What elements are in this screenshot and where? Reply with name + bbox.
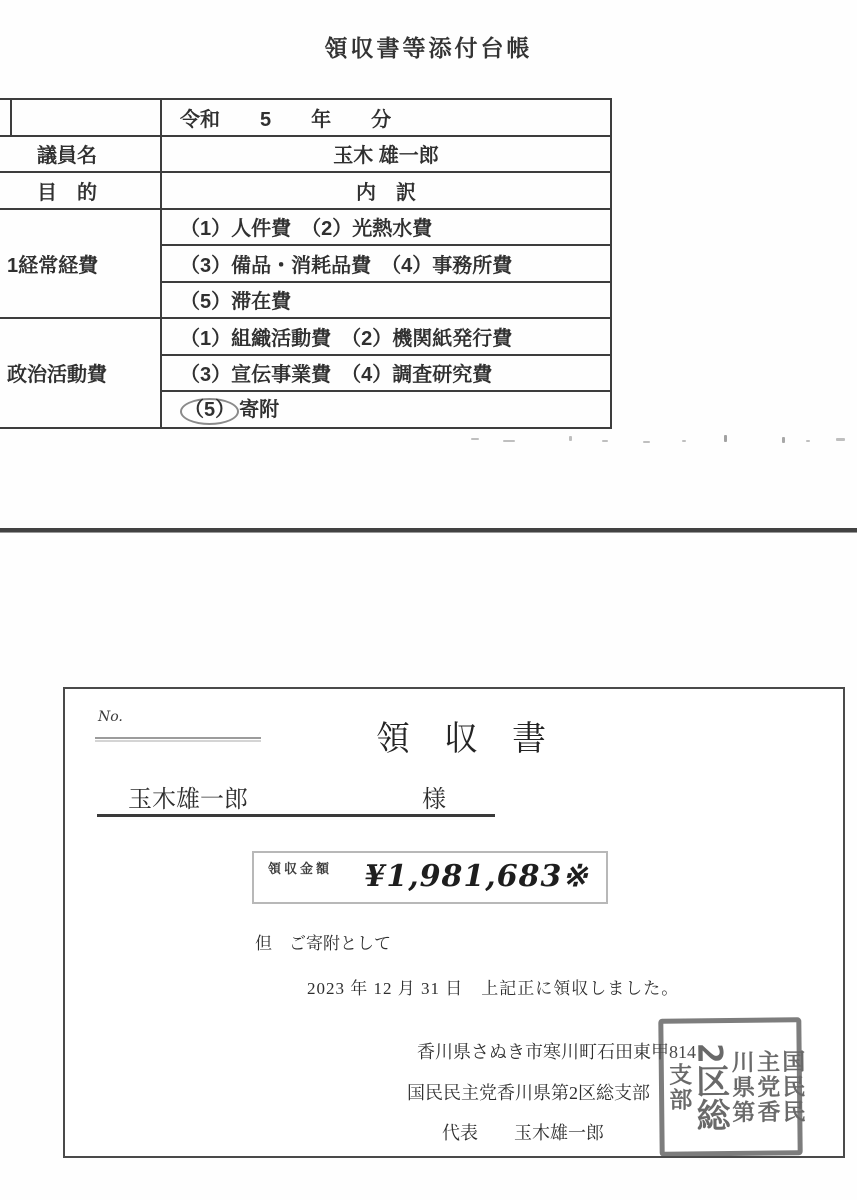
ordinary-expenses-label: 1経常経費 xyxy=(0,209,161,319)
political-item-3: （5）寄附 xyxy=(161,391,611,428)
organization-seal-stamp: 国民民 主党香 川県第 2区総 支部 xyxy=(658,1017,802,1156)
scan-speck xyxy=(724,435,727,442)
scan-speck xyxy=(643,441,650,443)
purpose-value: 内 訳 xyxy=(161,172,611,209)
issuer-organization: 国民民主党香川県第2区総支部 xyxy=(407,1079,650,1105)
member-label: 議員名 xyxy=(0,136,161,173)
amount-value: ¥1,981,683※ xyxy=(349,859,604,894)
political-activity-label: 政治活動費 xyxy=(0,318,161,428)
scan-speck xyxy=(569,436,572,441)
table-row: 目 的 内 訳 xyxy=(0,172,611,209)
receipt-title: 領 収 書 xyxy=(296,711,626,760)
seal-text-column: 国民民 xyxy=(778,1024,805,1148)
table-row: 1経常経費 （1）人件費 （2）光熱水費 xyxy=(0,209,611,246)
date-line: 2023 年 12 月 31 日 上記正に領収しました。 xyxy=(307,974,679,999)
year-row-empty-cell xyxy=(0,99,161,136)
issuer-representative: 代表 玉木雄一郎 xyxy=(442,1119,604,1145)
political-item-1: （1）組織活動費 （2）機関紙発行費 xyxy=(161,318,611,355)
scan-speck xyxy=(471,438,479,440)
year-value: 令和 5 年 分 xyxy=(161,99,611,136)
purpose-label: 目 的 xyxy=(0,172,161,209)
table-row: 政治活動費 （1）組織活動費 （2）機関紙発行費 xyxy=(0,318,611,355)
seal-text-column: 主党香 xyxy=(752,1025,779,1149)
scan-speck xyxy=(682,440,686,442)
ordinary-item-3: （5）滞在費 xyxy=(161,282,611,319)
political-item-2: （3）宣伝事業費 （4）調査研究費 xyxy=(161,355,611,392)
scan-speck xyxy=(503,440,515,442)
payer-underline xyxy=(97,814,495,817)
scan-speck xyxy=(806,440,810,442)
amount-box: 領収金額 ¥1,981,683※ xyxy=(252,851,608,904)
payer-name: 玉木雄一郎 xyxy=(128,779,248,814)
scan-divider-bar xyxy=(0,528,857,532)
table-edge-fragment xyxy=(10,98,12,135)
page-title: 領収書等添付台帳 xyxy=(0,30,857,63)
issuer-address: 香川県さぬき市寒川町石田東甲814 xyxy=(417,1038,696,1064)
ordinary-item-2: （3）備品・消耗品費 （4）事務所費 xyxy=(161,245,611,282)
member-name: 玉木 雄一郎 xyxy=(161,136,611,173)
circled-number: （5） xyxy=(180,398,239,425)
seal-text-column: 川県第 xyxy=(727,1025,754,1149)
receipt-no-label: No. xyxy=(98,709,123,725)
seal-text-column: 2区総 xyxy=(690,1025,729,1149)
ledger-table: 令和 5 年 分 議員名 玉木 雄一郎 目 的 内 訳 1経常経費 （1）人件費… xyxy=(0,98,612,429)
scan-speck xyxy=(782,437,785,443)
seal-text-column: 支部 xyxy=(664,1025,691,1149)
receipt-no-underline xyxy=(95,737,261,739)
table-row: 令和 5 年 分 xyxy=(0,99,611,136)
payer-honorific: 様 xyxy=(422,779,446,814)
scan-speck xyxy=(836,438,845,441)
amount-label: 領収金額 xyxy=(268,858,332,877)
ordinary-item-1: （1）人件費 （2）光熱水費 xyxy=(161,209,611,246)
receipt-card: No. 領 収 書 玉木雄一郎 様 領収金額 ¥1,981,683※ 但 ご寄附… xyxy=(63,687,845,1158)
scan-speck xyxy=(602,440,608,442)
donation-label: 寄附 xyxy=(239,399,279,421)
note-line: 但 ご寄附として xyxy=(255,929,391,954)
table-row: 議員名 玉木 雄一郎 xyxy=(0,136,611,173)
